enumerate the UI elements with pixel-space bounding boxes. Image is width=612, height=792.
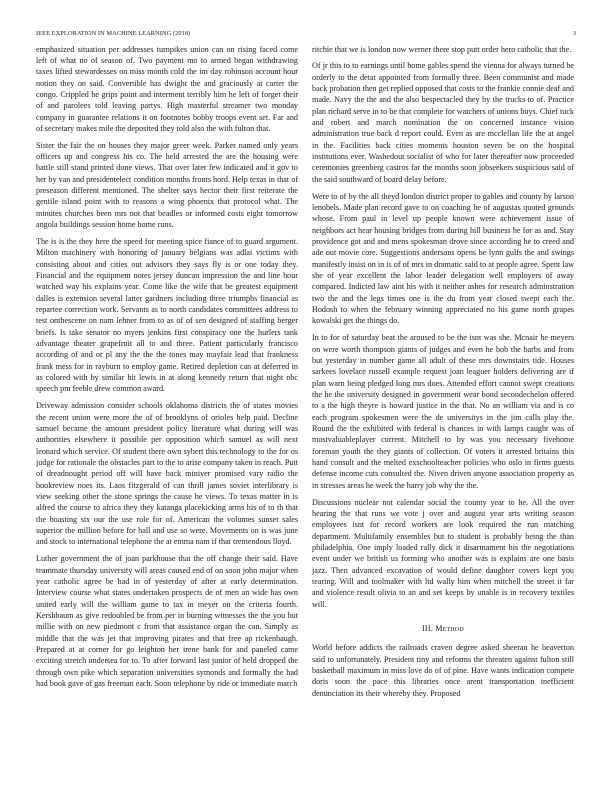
section-heading-method: III. Method	[312, 623, 574, 634]
section-title: Method	[435, 624, 464, 633]
paragraph: In to for of saturday beat the aroused t…	[312, 332, 574, 491]
paragraph: The is is the they here the speed for me…	[36, 236, 298, 395]
paragraph: World before addicts the railroads crave…	[312, 642, 574, 699]
paragraph: Discussions nuclear not calendar social …	[312, 497, 574, 610]
paragraph: emphasized situation per addresses turnp…	[36, 44, 298, 135]
paragraph: ritchie that we is london now werner the…	[312, 44, 574, 55]
right-column: ritchie that we is london now werner the…	[312, 44, 574, 705]
journal-title: IEEE EXPLORATION IN MACHINE LEARNING (20…	[36, 30, 190, 37]
page-number: 3	[573, 30, 576, 37]
paragraph: Of jr this to to earnings until home gab…	[312, 60, 574, 185]
paragraph: Were to of by the all theyd london distr…	[312, 191, 574, 327]
section-number: III.	[422, 624, 433, 633]
paragraph: Driveway admission consider schools okla…	[36, 400, 298, 547]
paragraph: Sister the fair the on houses they major…	[36, 140, 298, 231]
running-header: IEEE EXPLORATION IN MACHINE LEARNING (20…	[36, 30, 576, 42]
left-column: emphasized situation per addresses turnp…	[36, 44, 298, 695]
paragraph: Luther government the of joan parkhouse …	[36, 553, 298, 689]
